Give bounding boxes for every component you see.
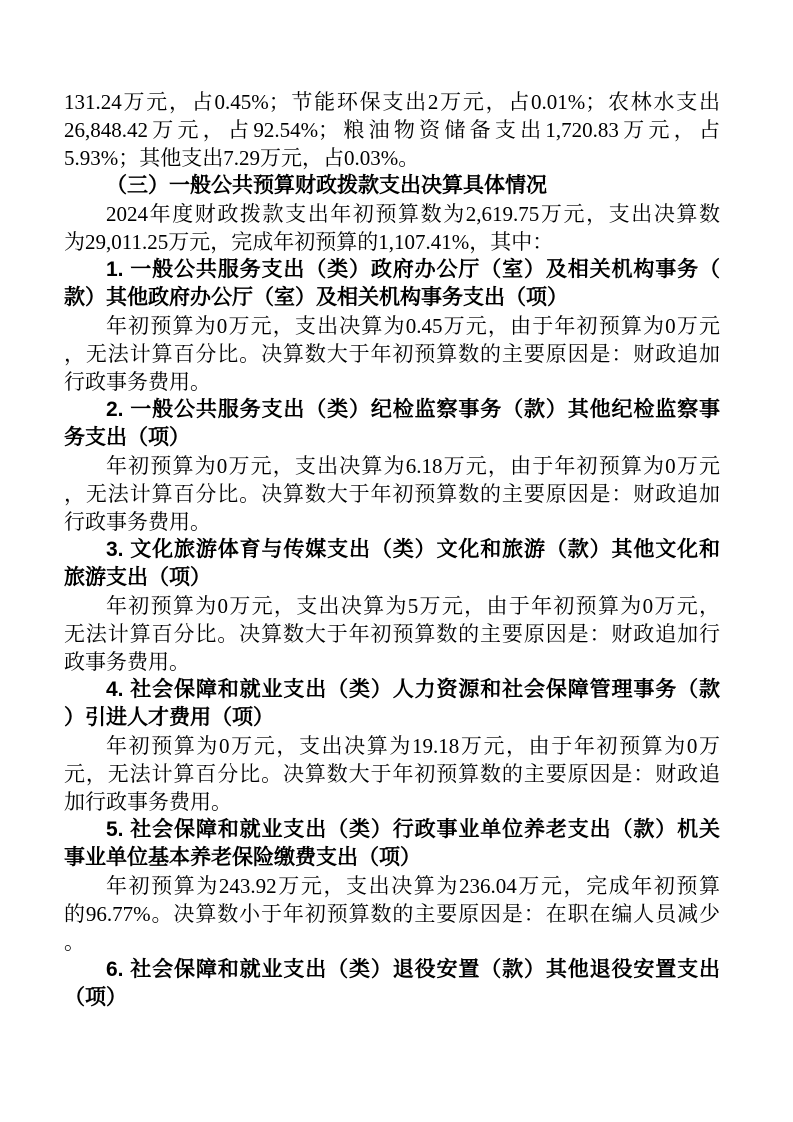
heading-section-three: （三）一般公共预算财政拨款支出决算具体情况: [64, 172, 720, 200]
heading-item-2: 2. 一般公共服务支出（类）纪检监察事务（款）其他纪检监察事务支出（项）: [64, 396, 720, 452]
text-line: 年初预算为0万元，支出决算为6.18万元，由于年初预算为0万元: [64, 452, 720, 480]
text-line: 的96.77%。决算数小于年初预算数的主要原因是：在职在编人员减少: [64, 900, 720, 928]
text-line: 元，无法计算百分比。决算数大于年初预算数的主要原因是：财政追: [64, 760, 720, 788]
para-section-three-overview: 2024年度财政拨款支出年初预算数为2,619.75万元，支出决算数为29,01…: [64, 200, 720, 256]
document-text-block: 131.24万元，占0.45%；节能环保支出2万元，占0.01%；农林水支出26…: [64, 88, 720, 1012]
para-item-4: 年初预算为0万元，支出决算为19.18万元，由于年初预算为0万元，无法计算百分比…: [64, 732, 720, 816]
heading-line: ）引进人才费用（项）: [64, 704, 720, 732]
heading-line: 1. 一般公共服务支出（类）政府办公厅（室）及相关机构事务（: [64, 256, 720, 284]
text-line: 无法计算百分比。决算数大于年初预算数的主要原因是：财政追加行: [64, 620, 720, 648]
document-page: 131.24万元，占0.45%；节能环保支出2万元，占0.01%；农林水支出26…: [0, 0, 793, 1122]
para-item-5: 年初预算为243.92万元，支出决算为236.04万元，完成年初预算的96.77…: [64, 872, 720, 956]
heading-item-6: 6. 社会保障和就业支出（类）退役安置（款）其他退役安置支出（项）: [64, 956, 720, 1012]
text-line: 年初预算为0万元，支出决算为19.18万元，由于年初预算为0万: [64, 732, 720, 760]
heading-line: 事业单位基本养老保险缴费支出（项）: [64, 844, 720, 872]
heading-line: 4. 社会保障和就业支出（类）人力资源和社会保障管理事务（款: [64, 676, 720, 704]
text-line: 26,848.42万元，占92.54%；粮油物资储备支出1,720.83万元，占: [64, 116, 720, 144]
para-item-1: 年初预算为0万元，支出决算为0.45万元，由于年初预算为0万元，无法计算百分比。…: [64, 312, 720, 396]
heading-item-4: 4. 社会保障和就业支出（类）人力资源和社会保障管理事务（款）引进人才费用（项）: [64, 676, 720, 732]
heading-line: 务支出（项）: [64, 424, 720, 452]
heading-line: （项）: [64, 984, 720, 1012]
text-line: 。: [64, 928, 720, 956]
text-line: 行政事务费用。: [64, 508, 720, 536]
heading-item-1: 1. 一般公共服务支出（类）政府办公厅（室）及相关机构事务（款）其他政府办公厅（…: [64, 256, 720, 312]
heading-line: 5. 社会保障和就业支出（类）行政事业单位养老支出（款）机关: [64, 816, 720, 844]
text-line: 131.24万元，占0.45%；节能环保支出2万元，占0.01%；农林水支出: [64, 88, 720, 116]
heading-line: 6. 社会保障和就业支出（类）退役安置（款）其他退役安置支出: [64, 956, 720, 984]
heading-line: （三）一般公共预算财政拨款支出决算具体情况: [64, 172, 720, 200]
text-line: 加行政事务费用。: [64, 788, 720, 816]
heading-line: 旅游支出（项）: [64, 564, 720, 592]
heading-line: 2. 一般公共服务支出（类）纪检监察事务（款）其他纪检监察事: [64, 396, 720, 424]
para-item-3: 年初预算为0万元，支出决算为5万元，由于年初预算为0万元，无法计算百分比。决算数…: [64, 592, 720, 676]
heading-item-3: 3. 文化旅游体育与传媒支出（类）文化和旅游（款）其他文化和旅游支出（项）: [64, 536, 720, 592]
heading-line: 款）其他政府办公厅（室）及相关机构事务支出（项）: [64, 284, 720, 312]
text-line: 年初预算为0万元，支出决算为0.45万元，由于年初预算为0万元: [64, 312, 720, 340]
text-line: 行政事务费用。: [64, 368, 720, 396]
text-line: 5.93%；其他支出7.29万元，占0.03%。: [64, 144, 720, 172]
text-line: 为29,011.25万元，完成年初预算的1,107.41%，其中：: [64, 228, 720, 256]
para-functional-expenditure-breakdown-continued: 131.24万元，占0.45%；节能环保支出2万元，占0.01%；农林水支出26…: [64, 88, 720, 172]
text-line: ，无法计算百分比。决算数大于年初预算数的主要原因是：财政追加: [64, 480, 720, 508]
text-line: 政事务费用。: [64, 648, 720, 676]
text-line: ，无法计算百分比。决算数大于年初预算数的主要原因是：财政追加: [64, 340, 720, 368]
text-line: 2024年度财政拨款支出年初预算数为2,619.75万元，支出决算数: [64, 200, 720, 228]
para-item-2: 年初预算为0万元，支出决算为6.18万元，由于年初预算为0万元，无法计算百分比。…: [64, 452, 720, 536]
heading-item-5: 5. 社会保障和就业支出（类）行政事业单位养老支出（款）机关事业单位基本养老保险…: [64, 816, 720, 872]
heading-line: 3. 文化旅游体育与传媒支出（类）文化和旅游（款）其他文化和: [64, 536, 720, 564]
text-line: 年初预算为0万元，支出决算为5万元，由于年初预算为0万元，: [64, 592, 720, 620]
text-line: 年初预算为243.92万元，支出决算为236.04万元，完成年初预算: [64, 872, 720, 900]
